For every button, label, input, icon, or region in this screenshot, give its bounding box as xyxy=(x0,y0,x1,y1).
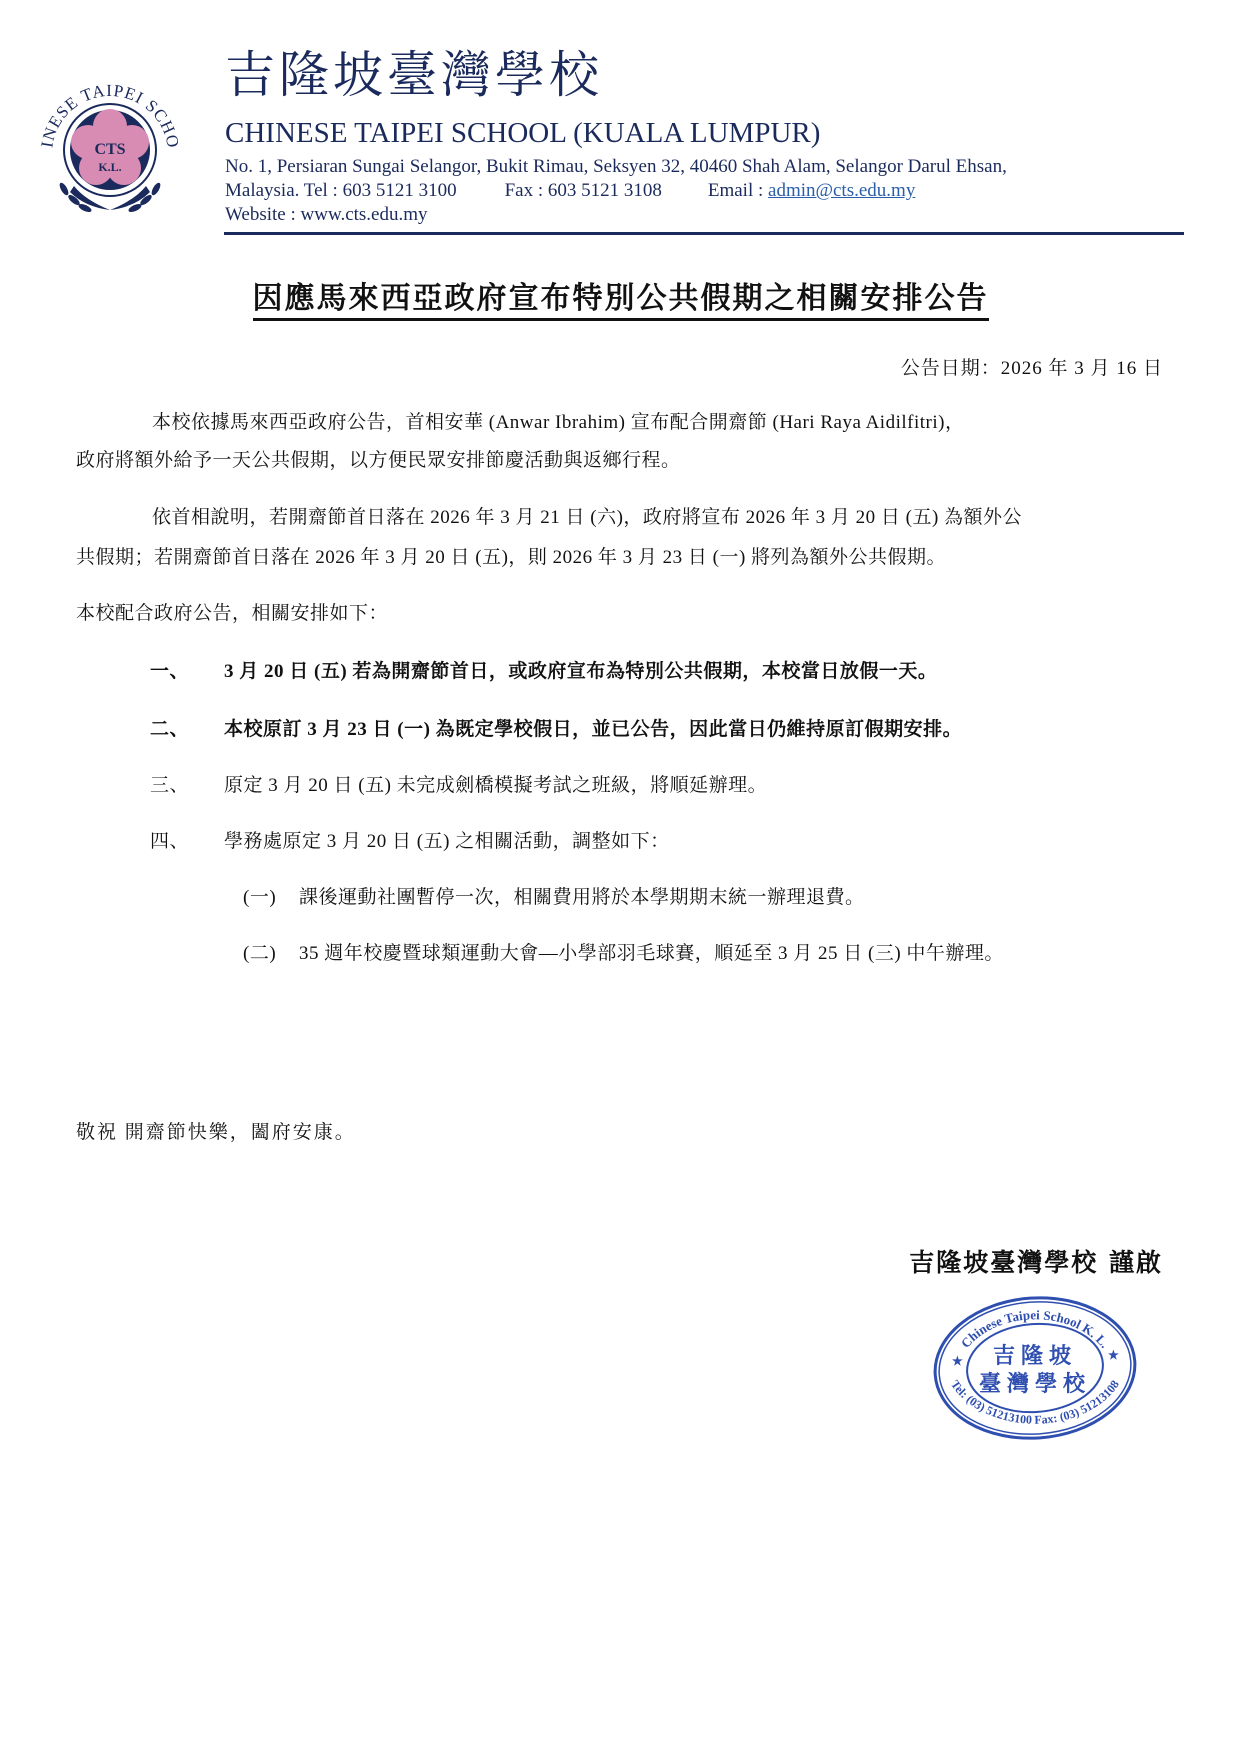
sub-item-1: (一)課後運動社團暫停一次，相關費用將於本學期期末統一辦理退費。 xyxy=(243,888,865,907)
telephone: Malaysia. Tel : 603 5121 3100 xyxy=(225,180,457,201)
document-title: 因應馬來西亞政府宣布特別公共假期之相關安排公告 xyxy=(0,273,1241,317)
school-stamp: Chinese Taipei School K. L. Tel: (03) 51… xyxy=(930,1293,1140,1443)
sub-item-2: (二)35 週年校慶暨球類運動大會—小學部羽毛球賽，順延至 3 月 25 日 (… xyxy=(243,944,1004,963)
address-line: No. 1, Persiaran Sungai Selangor, Bukit … xyxy=(225,157,1007,176)
announcement-date: 公告日期：2026 年 3 月 16 日 xyxy=(901,353,1163,380)
signature: 吉隆坡臺灣學校 謹啟 xyxy=(909,1243,1163,1279)
closing-greeting: 敬祝 開齋節快樂，闔府安康。 xyxy=(76,1117,356,1144)
stamp-center-line-2: 臺灣學校 xyxy=(979,1371,1091,1397)
contact-line: Malaysia. Tel : 603 5121 3100Fax : 603 5… xyxy=(225,181,915,200)
star-icon: ★ xyxy=(952,1354,963,1368)
paragraph-1-line-1: 本校依據馬來西亞政府公告，首相安華 (Anwar Ibrahim) 宣布配合開齋… xyxy=(76,413,1241,432)
logo-cts-text: CTS xyxy=(94,141,125,158)
paragraph-2-line-1: 依首相說明，若開齋節首日落在 2026 年 3 月 21 日 (六)，政府將宣布… xyxy=(76,508,1241,527)
logo-kl-text: K.L. xyxy=(98,160,121,174)
arrangement-item-3: 三、原定 3 月 20 日 (五) 未完成劍橋模擬考試之班級，將順延辦理。 xyxy=(150,776,767,795)
school-name-english: CHINESE TAIPEI SCHOOL (KUALA LUMPUR) xyxy=(225,119,820,148)
school-logo: CHINESE TAIPEI SCHOOL CTS K.L. xyxy=(30,62,190,222)
email-link[interactable]: admin@cts.edu.my xyxy=(768,180,915,201)
stamp-center-line-1: 吉隆坡 xyxy=(993,1343,1077,1369)
paragraph-2-line-2: 共假期；若開齋節首日落在 2026 年 3 月 20 日 (五)，則 2026 … xyxy=(76,548,1166,567)
arrangements-intro: 本校配合政府公告，相關安排如下： xyxy=(76,604,1166,623)
email-label: Email : xyxy=(708,180,768,201)
arrangement-item-4: 四、學務處原定 3 月 20 日 (五) 之相關活動，調整如下： xyxy=(150,832,670,851)
school-name-chinese: 吉隆坡臺灣學校 xyxy=(225,50,603,100)
paragraph-1-line-2: 政府將額外給予一天公共假期，以方便民眾安排節慶活動與返鄉行程。 xyxy=(76,451,1166,470)
arrangement-item-2: 二、本校原訂 3 月 23 日 (一) 為既定學校假日，並已公告，因此當日仍維持… xyxy=(150,720,962,739)
header-divider xyxy=(224,232,1184,235)
arrangement-item-1: 一、3 月 20 日 (五) 若為開齋節首日，或政府宣布為特別公共假期，本校當日… xyxy=(150,662,937,681)
star-icon: ★ xyxy=(1108,1348,1119,1362)
fax: Fax : 603 5121 3108 xyxy=(505,180,662,201)
website: Website : www.cts.edu.my xyxy=(225,205,428,224)
